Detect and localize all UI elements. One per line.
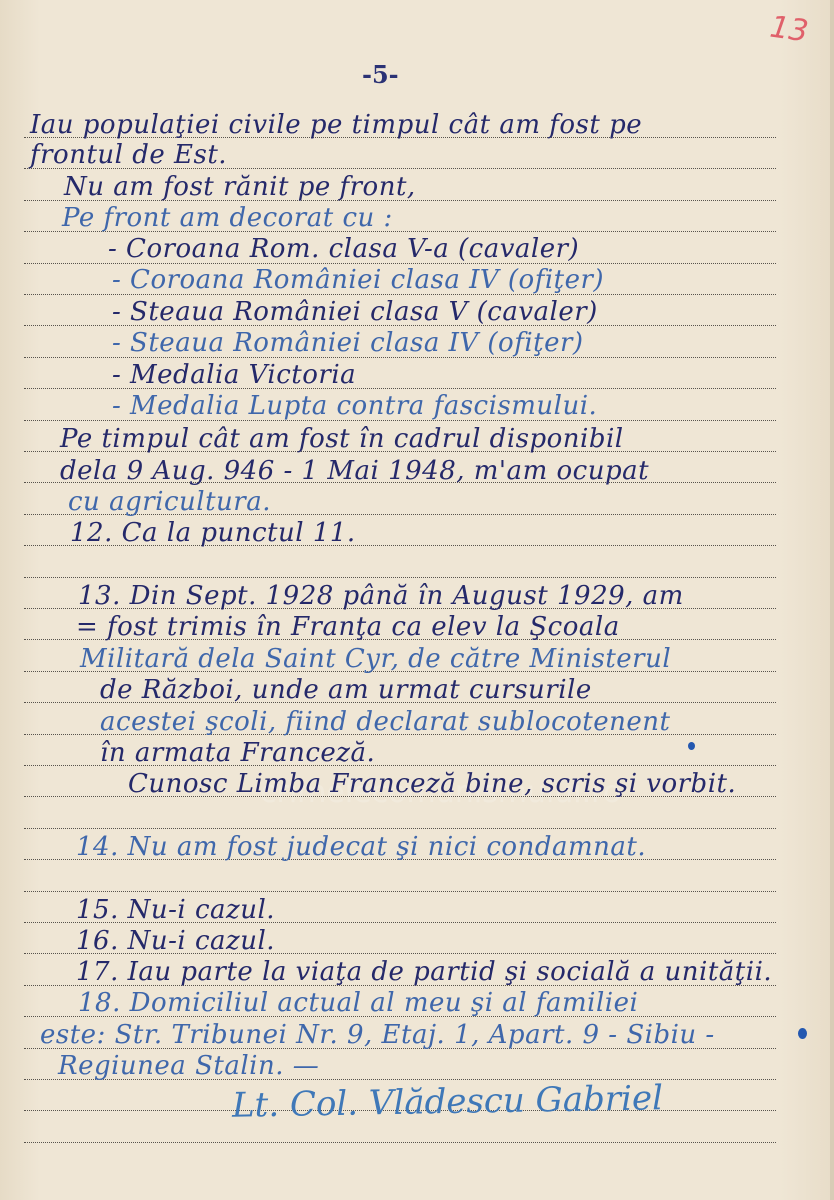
address-line: este: Str. Tribunei Nr. 9, Etaj. 1, Apar… [40, 1020, 715, 1050]
item-14: 14. Nu am fost judecat şi nici condamnat… [76, 832, 646, 862]
decoration-item: - Medalia Lupta contra fascismului. [112, 391, 597, 421]
text-line: = fost trimis în Franţa ca elev la Şcoal… [76, 612, 620, 642]
text-line: Cunosc Limba Franceză bine, scris şi vor… [128, 769, 736, 799]
decoration-item: - Steaua României clasa V (cavaler) [112, 297, 598, 327]
ink-blot [688, 742, 695, 750]
text-line: Iau populaţiei civile pe timpul cât am f… [30, 110, 642, 140]
decoration-item: - Coroana Rom. clasa V-a (cavaler) [108, 234, 579, 264]
item-15: 15. Nu-i cazul. [76, 895, 275, 925]
text-line: frontul de Est. [30, 140, 227, 170]
text-line: Pe front am decorat cu : [62, 203, 393, 233]
text-line: Nu am fost rănit pe front, [64, 172, 416, 202]
ruled-line [24, 828, 776, 829]
ruled-line [24, 1142, 776, 1143]
decoration-item: - Coroana României clasa IV (ofiţer) [112, 265, 604, 295]
folio-number: 13 [768, 10, 811, 50]
signature: Lt. Col. Vlădescu Gabriel [232, 1078, 664, 1126]
ink-blot [798, 1028, 807, 1039]
item-16: 16. Nu-i cazul. [76, 926, 275, 956]
ruled-line [24, 891, 776, 892]
item-17: 17. Iau parte la viaţa de partid şi soci… [76, 957, 772, 987]
page-number: -5- [362, 60, 399, 89]
text-line: acestei şcoli, fiind declarat sublocoten… [100, 707, 670, 737]
text-line: de Război, unde am urmat cursurile [100, 675, 592, 705]
item-12: 12. Ca la punctul 11. [70, 518, 356, 548]
text-line: Pe timpul cât am fost în cadrul disponib… [60, 424, 624, 454]
text-line: Militară dela Saint Cyr, de către Minist… [80, 644, 671, 674]
text-line: în armata Franceză. [100, 738, 375, 768]
item-18: 18. Domiciliul actual al meu şi al famil… [78, 988, 638, 1018]
page-edge [830, 0, 834, 1200]
text-line: dela 9 Aug. 946 - 1 Mai 1948, m'am ocupa… [60, 456, 649, 486]
ruled-line [24, 577, 776, 578]
item-13: 13. Din Sept. 1928 până în August 1929, … [78, 581, 684, 611]
decoration-item: - Steaua României clasa IV (ofiţer) [112, 328, 584, 358]
decoration-item: - Medalia Victoria [112, 360, 356, 390]
address-line: Regiunea Stalin. — [58, 1051, 319, 1081]
text-line: cu agricultura. [68, 487, 271, 517]
